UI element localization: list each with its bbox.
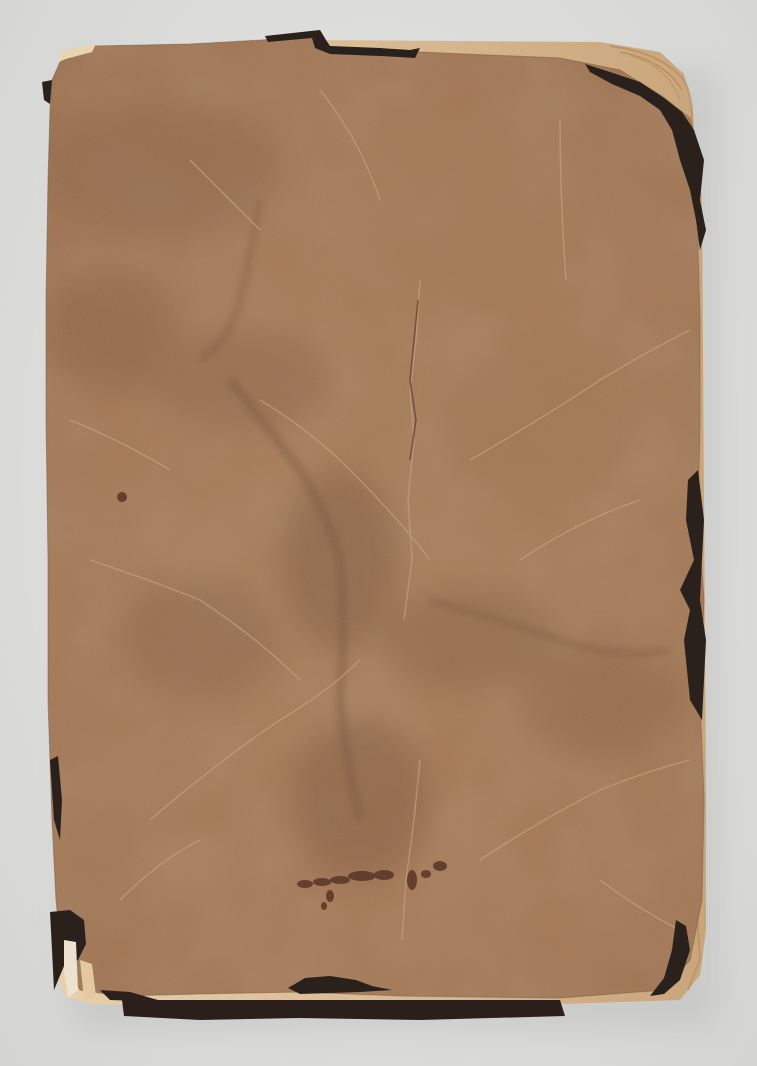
book-photo — [0, 0, 757, 1066]
book-cover — [0, 0, 757, 1066]
book-cover-illustration — [0, 0, 757, 1066]
